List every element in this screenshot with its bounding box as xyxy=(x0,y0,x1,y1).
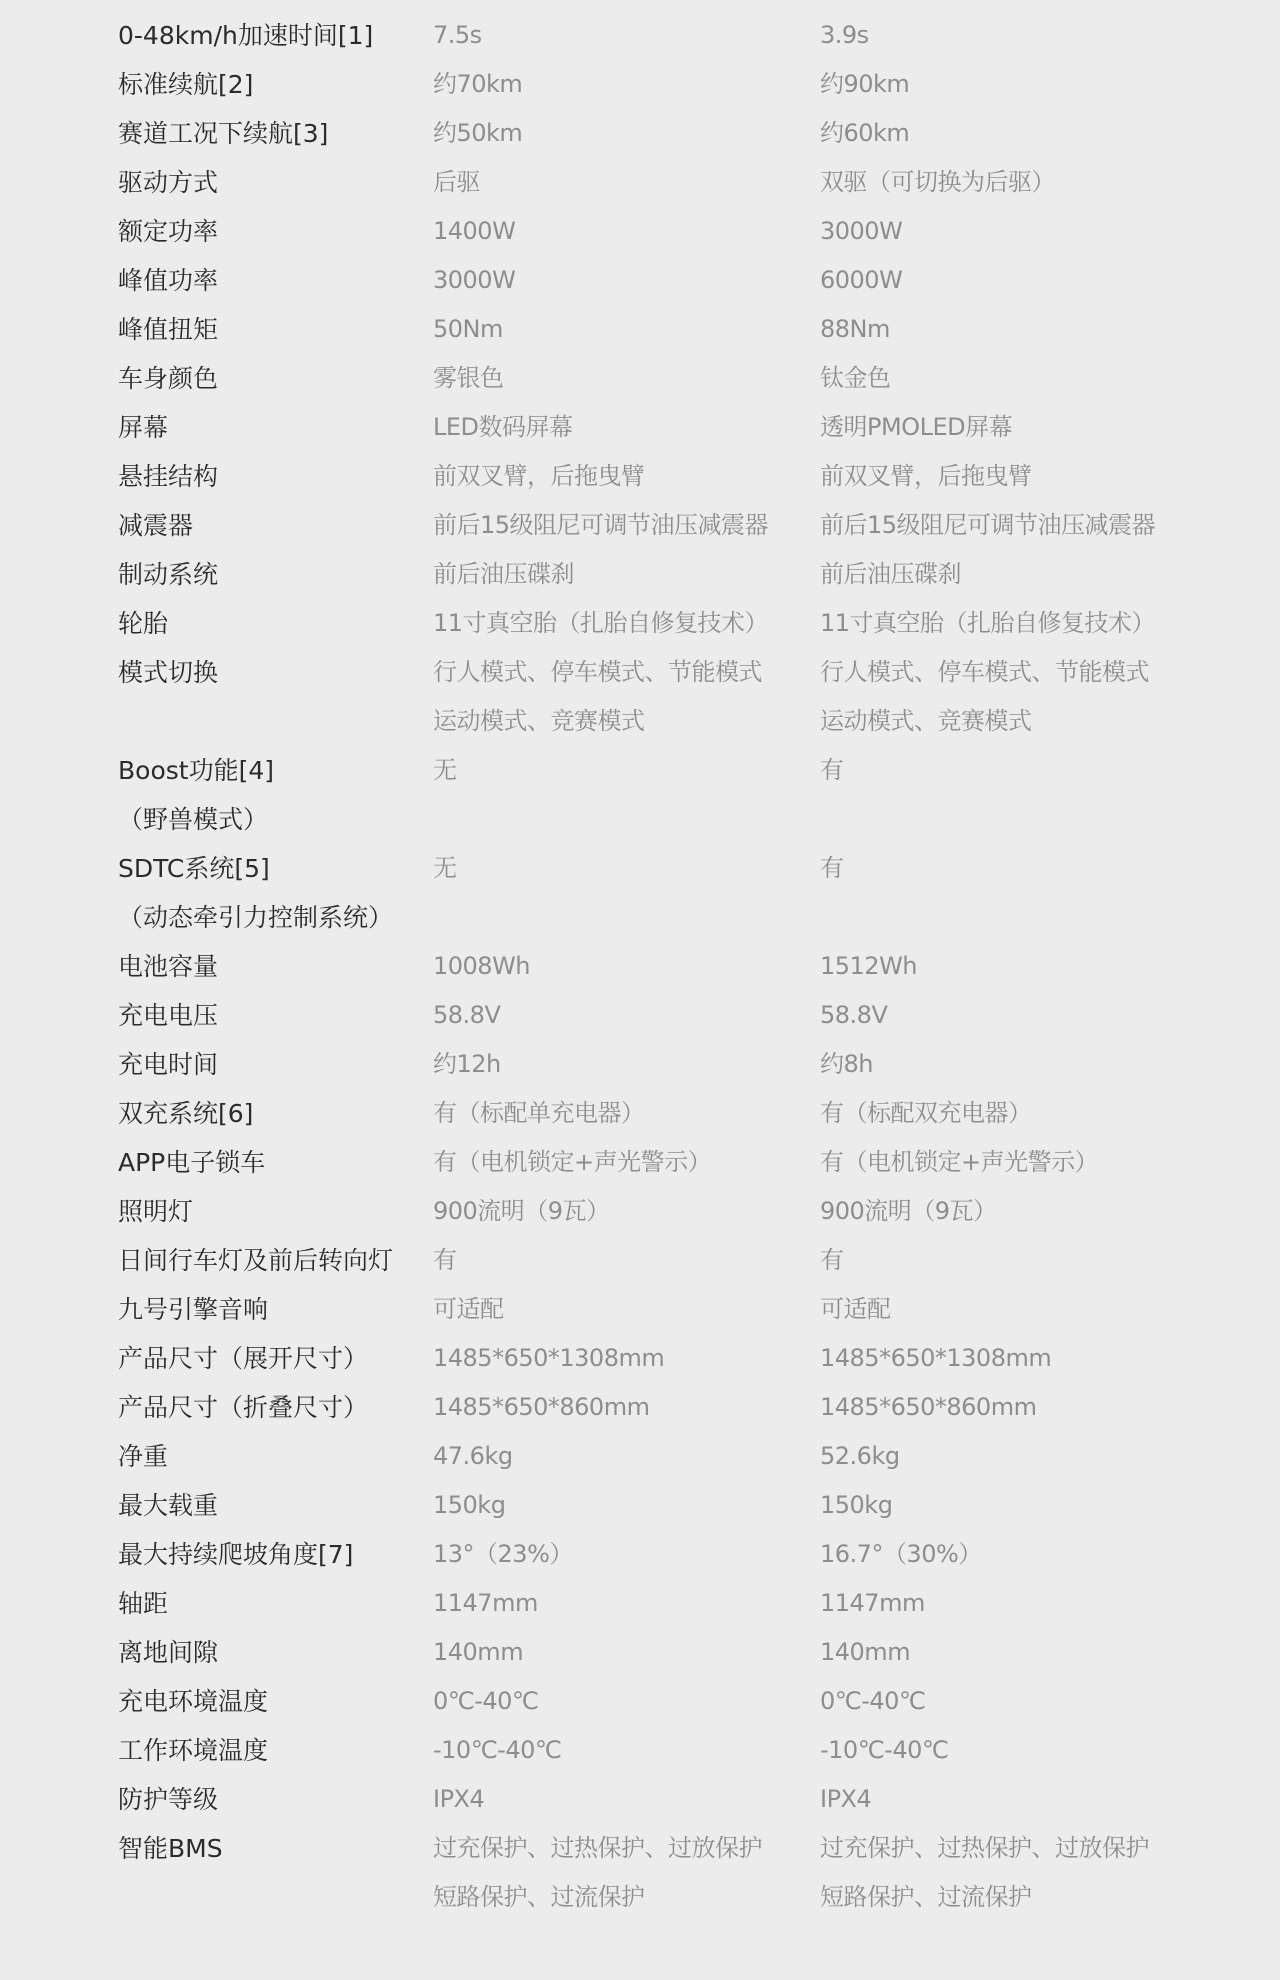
spec-value-standard-line: 可适配 xyxy=(433,1285,820,1334)
spec-row: 减震器前后15级阻尼可调节油压减震器前后15级阻尼可调节油压减震器 xyxy=(0,501,1280,550)
spec-value-pro-line: 过充保护、过热保护、过放保护 xyxy=(820,1824,1280,1873)
spec-value-pro-line: 3.9s xyxy=(820,11,1280,60)
spec-value-standard: 13°（23%） xyxy=(433,1530,820,1579)
spec-label-line: 日间行车灯及前后转向灯 xyxy=(118,1236,433,1285)
spec-label: 减震器 xyxy=(0,501,433,550)
spec-label-line: 产品尺寸（展开尺寸） xyxy=(118,1334,433,1383)
spec-value-pro: 11寸真空胎（扎胎自修复技术） xyxy=(820,599,1280,648)
spec-value-pro: 52.6kg xyxy=(820,1432,1280,1481)
spec-row: 产品尺寸（折叠尺寸）1485*650*860mm1485*650*860mm xyxy=(0,1383,1280,1432)
spec-value-pro-line: IPX4 xyxy=(820,1775,1280,1824)
spec-label-line: 充电环境温度 xyxy=(118,1677,433,1726)
spec-value-pro-line: 900流明（9瓦） xyxy=(820,1187,1280,1236)
spec-value-standard: 行人模式、停车模式、节能模式运动模式、竞赛模式 xyxy=(433,648,820,746)
spec-value-standard: 雾银色 xyxy=(433,354,820,403)
spec-label: 工作环境温度 xyxy=(0,1726,433,1775)
spec-value-pro-line: 有 xyxy=(820,844,1280,893)
spec-value-standard: 1485*650*1308mm xyxy=(433,1334,820,1383)
spec-value-pro: 140mm xyxy=(820,1628,1280,1677)
spec-label-line: SDTC系统[5] xyxy=(118,844,433,893)
spec-label: 悬挂结构 xyxy=(0,452,433,501)
spec-label: 产品尺寸（折叠尺寸） xyxy=(0,1383,433,1432)
spec-value-pro: 1147mm xyxy=(820,1579,1280,1628)
spec-value-standard: 无 xyxy=(433,844,820,942)
spec-label-line: 九号引擎音响 xyxy=(118,1285,433,1334)
spec-value-pro-line: 有 xyxy=(820,746,1280,795)
spec-label: 充电环境温度 xyxy=(0,1677,433,1726)
spec-value-standard: 无 xyxy=(433,746,820,844)
spec-label: 制动系统 xyxy=(0,550,433,599)
spec-label-line: （野兽模式） xyxy=(118,795,433,844)
spec-value-standard-line: 0℃-40℃ xyxy=(433,1677,820,1726)
spec-label: SDTC系统[5]（动态牵引力控制系统） xyxy=(0,844,433,942)
spec-value-standard-line: -10℃-40℃ xyxy=(433,1726,820,1775)
spec-value-standard-line: LED数码屏幕 xyxy=(433,403,820,452)
spec-row: 标准续航[2]约70km约90km xyxy=(0,60,1280,109)
spec-value-standard: 有（电机锁定+声光警示） xyxy=(433,1138,820,1187)
spec-label: 模式切换 xyxy=(0,648,433,746)
spec-row: 离地间隙140mm140mm xyxy=(0,1628,1280,1677)
spec-label: 智能BMS xyxy=(0,1824,433,1922)
spec-row: 日间行车灯及前后转向灯有有 xyxy=(0,1236,1280,1285)
spec-label-line: 屏幕 xyxy=(118,403,433,452)
spec-value-pro: -10℃-40℃ xyxy=(820,1726,1280,1775)
spec-label: 屏幕 xyxy=(0,403,433,452)
spec-label: 车身颜色 xyxy=(0,354,433,403)
spec-label: 0-48km/h加速时间[1] xyxy=(0,11,433,60)
spec-label: 充电电压 xyxy=(0,991,433,1040)
spec-row: 屏幕LED数码屏幕透明PMOLED屏幕 xyxy=(0,403,1280,452)
spec-label: 电池容量 xyxy=(0,942,433,991)
spec-value-standard-line: 有（标配单充电器） xyxy=(433,1089,820,1138)
spec-label: 双充系统[6] xyxy=(0,1089,433,1138)
spec-label: 标准续航[2] xyxy=(0,60,433,109)
spec-value-standard-line: 1008Wh xyxy=(433,942,820,991)
spec-value-pro-line: 运动模式、竞赛模式 xyxy=(820,697,1280,746)
spec-value-pro: 可适配 xyxy=(820,1285,1280,1334)
spec-row: 工作环境温度-10℃-40℃-10℃-40℃ xyxy=(0,1726,1280,1775)
spec-label: Boost功能[4]（野兽模式） xyxy=(0,746,433,844)
spec-value-standard: 约12h xyxy=(433,1040,820,1089)
spec-label-line: APP电子锁车 xyxy=(118,1138,433,1187)
spec-value-standard-line: 1485*650*860mm xyxy=(433,1383,820,1432)
spec-value-pro: 行人模式、停车模式、节能模式运动模式、竞赛模式 xyxy=(820,648,1280,746)
spec-value-pro-line: 11寸真空胎（扎胎自修复技术） xyxy=(820,599,1280,648)
spec-value-standard: LED数码屏幕 xyxy=(433,403,820,452)
spec-value-pro: 1485*650*1308mm xyxy=(820,1334,1280,1383)
spec-label: 离地间隙 xyxy=(0,1628,433,1677)
spec-row: SDTC系统[5]（动态牵引力控制系统）无有 xyxy=(0,844,1280,942)
spec-value-standard-line: 后驱 xyxy=(433,158,820,207)
spec-value-pro: IPX4 xyxy=(820,1775,1280,1824)
spec-value-pro: 约8h xyxy=(820,1040,1280,1089)
spec-value-pro-line: 约8h xyxy=(820,1040,1280,1089)
spec-label-line: 产品尺寸（折叠尺寸） xyxy=(118,1383,433,1432)
spec-label-line: 净重 xyxy=(118,1432,433,1481)
spec-row: 峰值功率3000W6000W xyxy=(0,256,1280,305)
spec-value-pro: 有（标配双充电器） xyxy=(820,1089,1280,1138)
spec-row: 最大持续爬坡角度[7]13°（23%）16.7°（30%） xyxy=(0,1530,1280,1579)
spec-label: 轴距 xyxy=(0,1579,433,1628)
spec-value-standard-line: 雾银色 xyxy=(433,354,820,403)
spec-value-standard: IPX4 xyxy=(433,1775,820,1824)
spec-value-pro: 前后油压碟刹 xyxy=(820,550,1280,599)
spec-label: 峰值扭矩 xyxy=(0,305,433,354)
spec-value-standard-line: 短路保护、过流保护 xyxy=(433,1873,820,1922)
spec-label-line: 峰值扭矩 xyxy=(118,305,433,354)
spec-value-pro-line: 前双叉臂，后拖曳臂 xyxy=(820,452,1280,501)
spec-value-pro: 钛金色 xyxy=(820,354,1280,403)
spec-value-pro: 前双叉臂，后拖曳臂 xyxy=(820,452,1280,501)
spec-value-standard-line: 140mm xyxy=(433,1628,820,1677)
spec-label-line: 赛道工况下续航[3] xyxy=(118,109,433,158)
spec-value-standard: 150kg xyxy=(433,1481,820,1530)
spec-value-pro: 有 xyxy=(820,746,1280,844)
spec-row: APP电子锁车有（电机锁定+声光警示）有（电机锁定+声光警示） xyxy=(0,1138,1280,1187)
spec-label: 最大载重 xyxy=(0,1481,433,1530)
spec-row: 车身颜色雾银色钛金色 xyxy=(0,354,1280,403)
spec-value-pro-line xyxy=(820,893,1280,942)
spec-row: 充电电压58.8V58.8V xyxy=(0,991,1280,1040)
spec-value-pro-line: 1485*650*860mm xyxy=(820,1383,1280,1432)
spec-value-standard-line: 900流明（9瓦） xyxy=(433,1187,820,1236)
spec-value-pro-line: 前后15级阻尼可调节油压减震器 xyxy=(820,501,1280,550)
spec-label-line: 车身颜色 xyxy=(118,354,433,403)
spec-label-line: Boost功能[4] xyxy=(118,746,433,795)
spec-value-standard-line: 47.6kg xyxy=(433,1432,820,1481)
spec-label: 轮胎 xyxy=(0,599,433,648)
spec-label-line: 离地间隙 xyxy=(118,1628,433,1677)
spec-value-pro: 约90km xyxy=(820,60,1280,109)
spec-label-line: 模式切换 xyxy=(118,648,433,697)
spec-value-standard-line: 行人模式、停车模式、节能模式 xyxy=(433,648,820,697)
spec-value-pro-line: 约60km xyxy=(820,109,1280,158)
spec-value-pro-line: 双驱（可切换为后驱） xyxy=(820,158,1280,207)
spec-value-pro-line: 行人模式、停车模式、节能模式 xyxy=(820,648,1280,697)
spec-value-pro: 88Nm xyxy=(820,305,1280,354)
spec-value-pro-line: 88Nm xyxy=(820,305,1280,354)
spec-label: 照明灯 xyxy=(0,1187,433,1236)
spec-value-pro: 3.9s xyxy=(820,11,1280,60)
spec-value-standard: 约50km xyxy=(433,109,820,158)
spec-value-pro: 双驱（可切换为后驱） xyxy=(820,158,1280,207)
spec-row: 充电时间约12h约8h xyxy=(0,1040,1280,1089)
spec-row: 智能BMS过充保护、过热保护、过放保护短路保护、过流保护过充保护、过热保护、过放… xyxy=(0,1824,1280,1922)
spec-row: 照明灯900流明（9瓦）900流明（9瓦） xyxy=(0,1187,1280,1236)
spec-row: 轮胎11寸真空胎（扎胎自修复技术）11寸真空胎（扎胎自修复技术） xyxy=(0,599,1280,648)
spec-value-standard-line: 7.5s xyxy=(433,11,820,60)
spec-value-standard-line: 3000W xyxy=(433,256,820,305)
spec-value-standard: 前后15级阻尼可调节油压减震器 xyxy=(433,501,820,550)
spec-value-pro: 0℃-40℃ xyxy=(820,1677,1280,1726)
spec-value-pro-line: 有（电机锁定+声光警示） xyxy=(820,1138,1280,1187)
spec-value-pro-line: 1512Wh xyxy=(820,942,1280,991)
spec-value-standard-line: 无 xyxy=(433,746,820,795)
spec-label-line: （动态牵引力控制系统） xyxy=(118,893,433,942)
spec-value-standard-line xyxy=(433,893,820,942)
spec-label: 赛道工况下续航[3] xyxy=(0,109,433,158)
spec-label-line: 0-48km/h加速时间[1] xyxy=(118,11,433,60)
spec-label: 额定功率 xyxy=(0,207,433,256)
spec-value-standard-line: 58.8V xyxy=(433,991,820,1040)
spec-value-pro: 透明PMOLED屏幕 xyxy=(820,403,1280,452)
spec-value-pro-line: 0℃-40℃ xyxy=(820,1677,1280,1726)
spec-label: 驱动方式 xyxy=(0,158,433,207)
spec-value-standard: 11寸真空胎（扎胎自修复技术） xyxy=(433,599,820,648)
spec-row: 悬挂结构前双叉臂，后拖曳臂前双叉臂，后拖曳臂 xyxy=(0,452,1280,501)
spec-label: 防护等级 xyxy=(0,1775,433,1824)
spec-value-pro: 过充保护、过热保护、过放保护短路保护、过流保护 xyxy=(820,1824,1280,1922)
spec-value-standard: 1400W xyxy=(433,207,820,256)
spec-row: 电池容量1008Wh1512Wh xyxy=(0,942,1280,991)
spec-value-standard: 后驱 xyxy=(433,158,820,207)
spec-row: Boost功能[4]（野兽模式）无有 xyxy=(0,746,1280,844)
spec-row: 双充系统[6]有（标配单充电器）有（标配双充电器） xyxy=(0,1089,1280,1138)
spec-label-line: 驱动方式 xyxy=(118,158,433,207)
spec-value-standard: -10℃-40℃ xyxy=(433,1726,820,1775)
spec-value-pro: 约60km xyxy=(820,109,1280,158)
spec-value-standard-line: 1485*650*1308mm xyxy=(433,1334,820,1383)
spec-value-pro-line: 钛金色 xyxy=(820,354,1280,403)
spec-label: 峰值功率 xyxy=(0,256,433,305)
spec-row: 产品尺寸（展开尺寸）1485*650*1308mm1485*650*1308mm xyxy=(0,1334,1280,1383)
spec-value-standard-line: 约50km xyxy=(433,109,820,158)
spec-value-standard-line: 前后15级阻尼可调节油压减震器 xyxy=(433,501,820,550)
spec-row: 赛道工况下续航[3]约50km约60km xyxy=(0,109,1280,158)
spec-value-pro-line: 短路保护、过流保护 xyxy=(820,1873,1280,1922)
spec-row: 模式切换行人模式、停车模式、节能模式运动模式、竞赛模式行人模式、停车模式、节能模… xyxy=(0,648,1280,746)
spec-label-line: 峰值功率 xyxy=(118,256,433,305)
spec-value-standard-line: 13°（23%） xyxy=(433,1530,820,1579)
spec-comparison-table: 0-48km/h加速时间[1]7.5s3.9s标准续航[2]约70km约90km… xyxy=(0,11,1280,1922)
spec-label-line: 充电电压 xyxy=(118,991,433,1040)
spec-value-pro: 前后15级阻尼可调节油压减震器 xyxy=(820,501,1280,550)
spec-row: 轴距1147mm1147mm xyxy=(0,1579,1280,1628)
spec-value-standard-line: 11寸真空胎（扎胎自修复技术） xyxy=(433,599,820,648)
spec-value-pro-line: 有 xyxy=(820,1236,1280,1285)
spec-value-standard-line: 前双叉臂，后拖曳臂 xyxy=(433,452,820,501)
spec-value-standard: 可适配 xyxy=(433,1285,820,1334)
spec-row: 九号引擎音响可适配可适配 xyxy=(0,1285,1280,1334)
spec-value-pro-line: 52.6kg xyxy=(820,1432,1280,1481)
spec-value-pro: 1485*650*860mm xyxy=(820,1383,1280,1432)
spec-value-standard-line: 无 xyxy=(433,844,820,893)
spec-value-standard-line: 1147mm xyxy=(433,1579,820,1628)
spec-value-standard: 1485*650*860mm xyxy=(433,1383,820,1432)
spec-value-pro: 有（电机锁定+声光警示） xyxy=(820,1138,1280,1187)
spec-label-line: 工作环境温度 xyxy=(118,1726,433,1775)
spec-row: 驱动方式后驱双驱（可切换为后驱） xyxy=(0,158,1280,207)
spec-value-pro-line: -10℃-40℃ xyxy=(820,1726,1280,1775)
spec-value-standard: 900流明（9瓦） xyxy=(433,1187,820,1236)
spec-value-standard-line: 150kg xyxy=(433,1481,820,1530)
spec-label-line: 照明灯 xyxy=(118,1187,433,1236)
spec-label-line: 额定功率 xyxy=(118,207,433,256)
spec-value-pro-line: 前后油压碟刹 xyxy=(820,550,1280,599)
spec-value-standard-line: 50Nm xyxy=(433,305,820,354)
spec-value-standard: 有 xyxy=(433,1236,820,1285)
spec-label: 产品尺寸（展开尺寸） xyxy=(0,1334,433,1383)
spec-value-standard: 前后油压碟刹 xyxy=(433,550,820,599)
spec-value-standard-line: IPX4 xyxy=(433,1775,820,1824)
spec-value-pro-line: 6000W xyxy=(820,256,1280,305)
spec-value-pro: 3000W xyxy=(820,207,1280,256)
spec-row: 净重47.6kg52.6kg xyxy=(0,1432,1280,1481)
spec-value-pro-line: 3000W xyxy=(820,207,1280,256)
spec-value-pro: 900流明（9瓦） xyxy=(820,1187,1280,1236)
spec-label-line: 标准续航[2] xyxy=(118,60,433,109)
spec-value-pro: 1512Wh xyxy=(820,942,1280,991)
spec-value-standard-line xyxy=(433,795,820,844)
spec-row: 额定功率1400W3000W xyxy=(0,207,1280,256)
spec-value-standard: 约70km xyxy=(433,60,820,109)
spec-value-standard-line: 过充保护、过热保护、过放保护 xyxy=(433,1824,820,1873)
spec-value-pro-line: 16.7°（30%） xyxy=(820,1530,1280,1579)
spec-value-pro: 150kg xyxy=(820,1481,1280,1530)
spec-value-pro-line: 有（标配双充电器） xyxy=(820,1089,1280,1138)
spec-value-standard: 50Nm xyxy=(433,305,820,354)
spec-label-line: 最大持续爬坡角度[7] xyxy=(118,1530,433,1579)
spec-value-pro-line xyxy=(820,795,1280,844)
spec-label-line: 轴距 xyxy=(118,1579,433,1628)
spec-value-standard-line: 有 xyxy=(433,1236,820,1285)
spec-value-standard: 47.6kg xyxy=(433,1432,820,1481)
spec-label: 充电时间 xyxy=(0,1040,433,1089)
spec-label-line: 减震器 xyxy=(118,501,433,550)
spec-row: 制动系统前后油压碟刹前后油压碟刹 xyxy=(0,550,1280,599)
spec-value-pro: 16.7°（30%） xyxy=(820,1530,1280,1579)
spec-value-standard: 有（标配单充电器） xyxy=(433,1089,820,1138)
spec-label-line: 悬挂结构 xyxy=(118,452,433,501)
spec-label-line: 充电时间 xyxy=(118,1040,433,1089)
spec-value-pro-line: 约90km xyxy=(820,60,1280,109)
spec-value-standard: 140mm xyxy=(433,1628,820,1677)
spec-value-standard: 7.5s xyxy=(433,11,820,60)
spec-label: 九号引擎音响 xyxy=(0,1285,433,1334)
spec-value-standard-line: 前后油压碟刹 xyxy=(433,550,820,599)
spec-value-standard: 1008Wh xyxy=(433,942,820,991)
spec-value-standard: 3000W xyxy=(433,256,820,305)
spec-value-standard: 前双叉臂，后拖曳臂 xyxy=(433,452,820,501)
spec-value-standard-line: 约12h xyxy=(433,1040,820,1089)
spec-label: APP电子锁车 xyxy=(0,1138,433,1187)
spec-label-line xyxy=(118,1873,433,1922)
spec-row: 峰值扭矩50Nm88Nm xyxy=(0,305,1280,354)
spec-label-line: 智能BMS xyxy=(118,1824,433,1873)
spec-value-pro-line: 1485*650*1308mm xyxy=(820,1334,1280,1383)
spec-label-line: 制动系统 xyxy=(118,550,433,599)
spec-value-pro: 有 xyxy=(820,1236,1280,1285)
spec-value-standard: 过充保护、过热保护、过放保护短路保护、过流保护 xyxy=(433,1824,820,1922)
spec-label: 日间行车灯及前后转向灯 xyxy=(0,1236,433,1285)
spec-label-line: 轮胎 xyxy=(118,599,433,648)
spec-value-standard-line: 运动模式、竞赛模式 xyxy=(433,697,820,746)
spec-label-line: 电池容量 xyxy=(118,942,433,991)
spec-value-pro-line: 可适配 xyxy=(820,1285,1280,1334)
spec-value-pro: 有 xyxy=(820,844,1280,942)
spec-value-standard: 0℃-40℃ xyxy=(433,1677,820,1726)
spec-value-standard: 1147mm xyxy=(433,1579,820,1628)
spec-row: 防护等级IPX4IPX4 xyxy=(0,1775,1280,1824)
spec-value-standard-line: 1400W xyxy=(433,207,820,256)
spec-label-line xyxy=(118,697,433,746)
spec-value-pro-line: 透明PMOLED屏幕 xyxy=(820,403,1280,452)
spec-value-pro: 58.8V xyxy=(820,991,1280,1040)
spec-value-pro: 6000W xyxy=(820,256,1280,305)
spec-label: 最大持续爬坡角度[7] xyxy=(0,1530,433,1579)
spec-label-line: 双充系统[6] xyxy=(118,1089,433,1138)
spec-row: 最大载重150kg150kg xyxy=(0,1481,1280,1530)
spec-value-standard-line: 有（电机锁定+声光警示） xyxy=(433,1138,820,1187)
spec-value-pro-line: 150kg xyxy=(820,1481,1280,1530)
spec-row: 充电环境温度0℃-40℃0℃-40℃ xyxy=(0,1677,1280,1726)
spec-label-line: 最大载重 xyxy=(118,1481,433,1530)
spec-label-line: 防护等级 xyxy=(118,1775,433,1824)
spec-value-pro-line: 140mm xyxy=(820,1628,1280,1677)
spec-value-pro-line: 1147mm xyxy=(820,1579,1280,1628)
spec-row: 0-48km/h加速时间[1]7.5s3.9s xyxy=(0,11,1280,60)
spec-value-standard: 58.8V xyxy=(433,991,820,1040)
spec-value-pro-line: 58.8V xyxy=(820,991,1280,1040)
spec-value-standard-line: 约70km xyxy=(433,60,820,109)
spec-label: 净重 xyxy=(0,1432,433,1481)
